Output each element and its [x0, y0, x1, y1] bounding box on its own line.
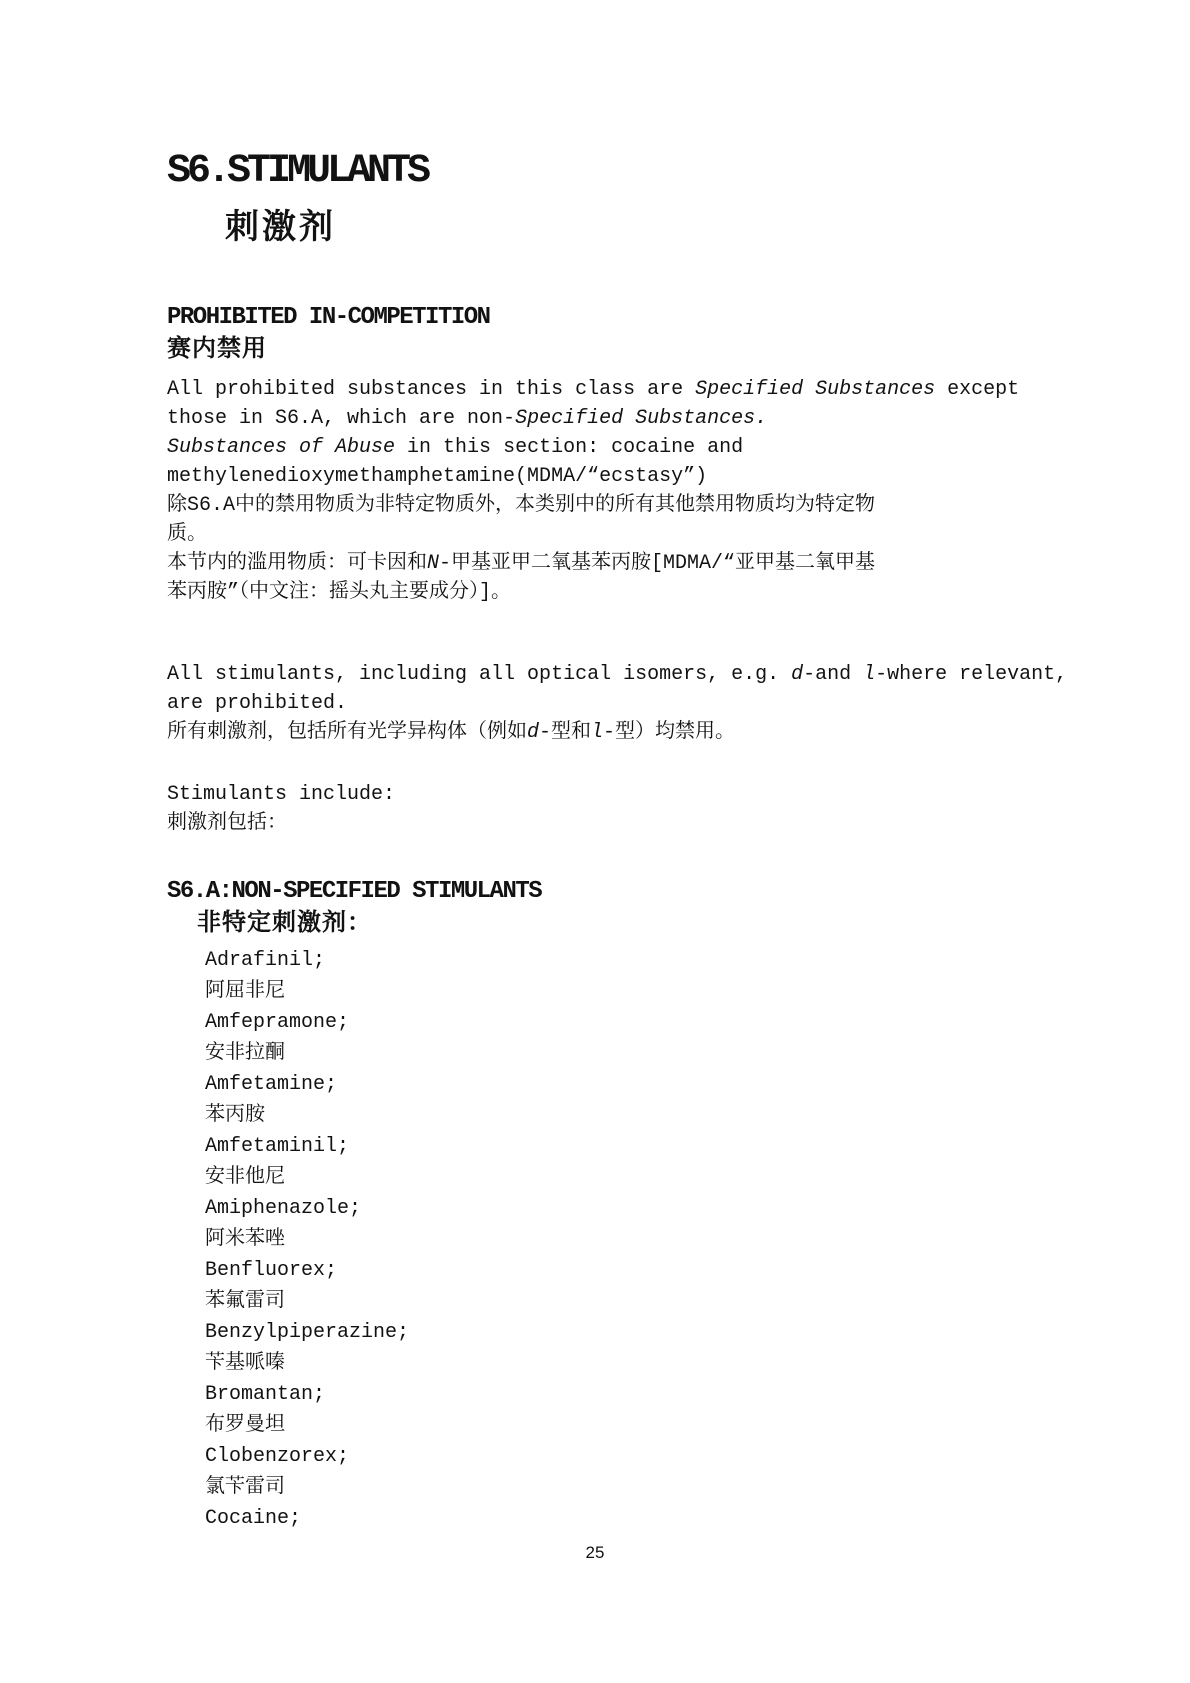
- substance-name-zh: 氯苄雷司: [205, 1472, 1127, 1503]
- text-run: 刺激剂包括：: [167, 812, 287, 835]
- section-title-zh: 刺激剂: [225, 210, 1127, 250]
- text-run: -and: [803, 663, 863, 686]
- paragraph-stimulants-include: Stimulants include:刺激剂包括：: [167, 780, 1127, 838]
- text-run: All prohibited substances in this class …: [167, 378, 695, 401]
- substance-name-zh: 布罗曼坦: [205, 1410, 1127, 1441]
- text-run-italic: l: [863, 663, 875, 686]
- text-run-italic: N: [427, 552, 439, 575]
- document-page: S6.STIMULANTS 刺激剂 PROHIBITED IN-COMPETIT…: [0, 0, 1190, 1683]
- text-run: those in S6.A, which are non-: [167, 407, 515, 430]
- text-run: Stimulants include:: [167, 783, 395, 806]
- substance-name-zh: 安非拉酮: [205, 1038, 1127, 1069]
- text-run: 质。: [167, 523, 207, 546]
- section-title-en: S6.STIMULANTS: [167, 150, 1127, 194]
- text-line: 质。: [167, 520, 1127, 549]
- substance-name-en: Bromantan;: [205, 1379, 1127, 1410]
- text-run: 除S6.A中的禁用物质为非特定物质外，本类别中的所有其他禁用物质均为特定物: [167, 494, 875, 517]
- page-number: 25: [0, 1543, 1190, 1563]
- text-run: are prohibited.: [167, 692, 347, 715]
- text-run: -where relevant,: [875, 663, 1067, 686]
- paragraph-all-stimulants-prohibited: All stimulants, including all optical is…: [167, 660, 1127, 747]
- text-line: 本节内的滥用物质：可卡因和N-甲基亚甲二氧基苯丙胺[MDMA/“亚甲基二氧甲基: [167, 549, 1127, 578]
- substance-name-en: Amfetaminil;: [205, 1131, 1127, 1162]
- substance-name-en: Amfepramone;: [205, 1007, 1127, 1038]
- text-run-italic: Substances of Abuse: [167, 436, 395, 459]
- text-run: -甲基亚甲二氧基苯丙胺[MDMA/“亚甲基二氧甲基: [439, 552, 875, 575]
- substance-name-en: Benfluorex;: [205, 1255, 1127, 1286]
- text-line: 除S6.A中的禁用物质为非特定物质外，本类别中的所有其他禁用物质均为特定物: [167, 491, 1127, 520]
- text-run-italic: d: [791, 663, 803, 686]
- text-line: Stimulants include:: [167, 780, 1127, 809]
- text-run: -型和: [539, 721, 591, 744]
- substance-name-en: Adrafinil;: [205, 945, 1127, 976]
- text-run-italic: d: [527, 721, 539, 744]
- text-run: in this section: cocaine and: [395, 436, 743, 459]
- substance-name-zh: 苄基哌嗪: [205, 1348, 1127, 1379]
- substance-name-zh: 苯丙胺: [205, 1100, 1127, 1131]
- substance-name-en: Amiphenazole;: [205, 1193, 1127, 1224]
- text-run-italic: Specified Substances: [695, 378, 935, 401]
- text-run: 所有刺激剂，包括所有光学异构体（例如: [167, 721, 527, 744]
- text-run-italic: Specified Substances.: [515, 407, 767, 430]
- page-content: S6.STIMULANTS 刺激剂 PROHIBITED IN-COMPETIT…: [167, 150, 1127, 1534]
- text-run: methylenedioxymethamphetamine(MDMA/“ecst…: [167, 465, 707, 488]
- paragraph-specified-substances: All prohibited substances in this class …: [167, 375, 1127, 607]
- substance-list: Adrafinil;阿屈非尼Amfepramone;安非拉酮Amfetamine…: [167, 945, 1127, 1534]
- substance-name-zh: 阿米苯唑: [205, 1224, 1127, 1255]
- text-line: Substances of Abuse in this section: coc…: [167, 433, 1127, 462]
- text-run-italic: l: [591, 721, 603, 744]
- prohibited-in-competition-heading-zh: 赛内禁用: [167, 334, 1127, 367]
- s6a-non-specified-stimulants-heading-zh: 非特定刺激剂：: [197, 908, 1127, 941]
- text-run: All stimulants, including all optical is…: [167, 663, 791, 686]
- text-line: are prohibited.: [167, 689, 1127, 718]
- text-line: All prohibited substances in this class …: [167, 375, 1127, 404]
- substance-name-zh: 苯氟雷司: [205, 1286, 1127, 1317]
- substance-name-zh: 安非他尼: [205, 1162, 1127, 1193]
- text-line: 所有刺激剂，包括所有光学异构体（例如d-型和l-型）均禁用。: [167, 718, 1127, 747]
- substance-name-en: Cocaine;: [205, 1503, 1127, 1534]
- text-line: 苯丙胺”（中文注：摇头丸主要成分）]。: [167, 578, 1127, 607]
- text-line: methylenedioxymethamphetamine(MDMA/“ecst…: [167, 462, 1127, 491]
- prohibited-in-competition-heading-en: PROHIBITED IN-COMPETITION: [167, 302, 1127, 334]
- text-run: except: [935, 378, 1019, 401]
- substance-name-en: Amfetamine;: [205, 1069, 1127, 1100]
- text-run: 苯丙胺”（中文注：摇头丸主要成分）]。: [167, 581, 511, 604]
- text-line: those in S6.A, which are non-Specified S…: [167, 404, 1127, 433]
- s6a-non-specified-stimulants-heading-en: S6.A:NON-SPECIFIED STIMULANTS: [167, 876, 1127, 908]
- substance-name-en: Benzylpiperazine;: [205, 1317, 1127, 1348]
- text-line: 刺激剂包括：: [167, 809, 1127, 838]
- text-line: All stimulants, including all optical is…: [167, 660, 1127, 689]
- substance-name-en: Clobenzorex;: [205, 1441, 1127, 1472]
- text-run: 本节内的滥用物质：可卡因和: [167, 552, 427, 575]
- substance-name-zh: 阿屈非尼: [205, 976, 1127, 1007]
- text-run: -型）均禁用。: [603, 721, 735, 744]
